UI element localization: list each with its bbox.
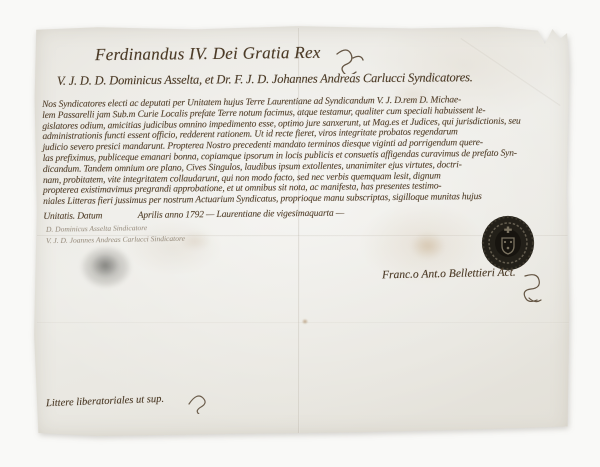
salutation-line: V. J. D. D. Dominicus Asselta, et Dr. F.… bbox=[57, 70, 473, 89]
actuary-signature: Franc.o Ant.o Bellettieri Act. bbox=[382, 267, 516, 282]
heading-paraph-flourish bbox=[333, 46, 367, 74]
body-text-block: Nos Syndicatores electi ac deputati per … bbox=[42, 94, 571, 223]
parchment-sheet: Ferdinandus IV. Dei Gratia Rex V. J. D. … bbox=[33, 24, 573, 438]
vertical-fold-crease bbox=[298, 28, 300, 434]
tan-stain bbox=[405, 228, 451, 264]
docket-flourish bbox=[185, 388, 211, 414]
syndic-signature: D. Dominicus Asselta Sindicatore bbox=[46, 223, 147, 234]
document-heading: Ferdinandus IV. Dei Gratia Rex bbox=[95, 43, 321, 65]
manuscript-photo: Ferdinandus IV. Dei Gratia Rex V. J. D. … bbox=[0, 0, 600, 467]
lower-horizontal-crease bbox=[37, 322, 569, 324]
docket-note: Littere liberatoriales ut sup. bbox=[46, 394, 164, 410]
foxing-dot bbox=[301, 318, 309, 325]
wax-ink-seal bbox=[481, 215, 535, 271]
parchment-shadow-wrap: Ferdinandus IV. Dei Gratia Rex V. J. D. … bbox=[0, 0, 600, 467]
actuary-paraph-flourish bbox=[519, 272, 545, 306]
ink-smudge-core bbox=[85, 248, 125, 282]
